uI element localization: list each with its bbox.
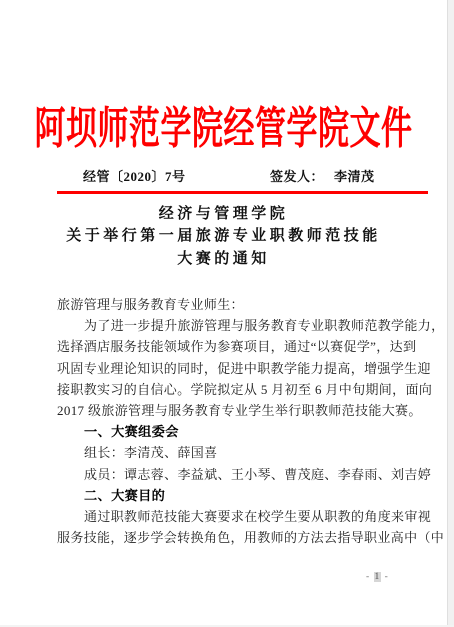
committee-leader-line: 组长：李清茂、薛国喜 — [57, 442, 437, 463]
document-masthead-title: 阿坝师范学院经管学院文件 — [0, 100, 447, 157]
section-heading-1: 一、大赛组委会 — [57, 421, 437, 442]
issuer-block: 签发人：李清茂 — [270, 166, 375, 185]
body-line: 接职教实习的自信心。学院拟定从 5 月初至 6 月中旬期间，面向 — [57, 379, 437, 400]
body-line: 巩固专业理论知识的同时，促进中职教学能力提高，增强学生迎 — [57, 358, 437, 379]
red-divider-line — [57, 191, 428, 194]
document-title-line3: 大赛的通知 — [0, 248, 447, 270]
body-line: 通过职教师范技能大赛要求在校学生要从职教的角度来审视 — [57, 506, 437, 527]
page-number: - 1 - — [366, 572, 389, 582]
body-line: 服务技能，逐步学会转换角色，用教师的方法去指导职业高中（中 — [57, 527, 437, 548]
committee-member-line: 成员：谭志蓉、李益斌、王小琴、曹茂庭、李春雨、刘吉婷 — [57, 464, 437, 485]
page-number-suffix: - — [381, 572, 389, 582]
page-number-prefix: - — [366, 572, 374, 582]
salutation-line: 旅游管理与服务教育专业师生： — [57, 294, 437, 315]
document-page: 阿坝师范学院经管学院文件 经管〔2020〕7号 签发人：李清茂 经济与管理学院 … — [0, 0, 447, 627]
issuer-name: 李清茂 — [334, 169, 375, 184]
page-right-edge — [447, 0, 454, 627]
document-title-line1: 经济与管理学院 — [0, 203, 447, 225]
section-heading-2: 二、大赛目的 — [57, 485, 437, 506]
document-title-line2: 关于举行第一届旅游专业职教师范技能 — [0, 225, 447, 247]
document-title: 经济与管理学院 关于举行第一届旅游专业职教师范技能 大赛的通知 — [0, 203, 447, 270]
document-number: 经管〔2020〕7号 — [83, 166, 186, 185]
document-number-row: 经管〔2020〕7号 签发人：李清茂 — [57, 166, 428, 183]
body-line: 选择酒店服务技能领域作为参赛项目，通过“以赛促学”，达到 — [57, 336, 437, 357]
issuer-label: 签发人： — [270, 169, 324, 184]
body-line: 为了进一步提升旅游管理与服务教育专业职教师范教学能力， — [57, 315, 437, 336]
document-body: 旅游管理与服务教育专业师生： 为了进一步提升旅游管理与服务教育专业职教师范教学能… — [57, 294, 437, 548]
body-line: 2017 级旅游管理与服务教育专业学生举行职教师范技能大赛。 — [57, 400, 437, 421]
